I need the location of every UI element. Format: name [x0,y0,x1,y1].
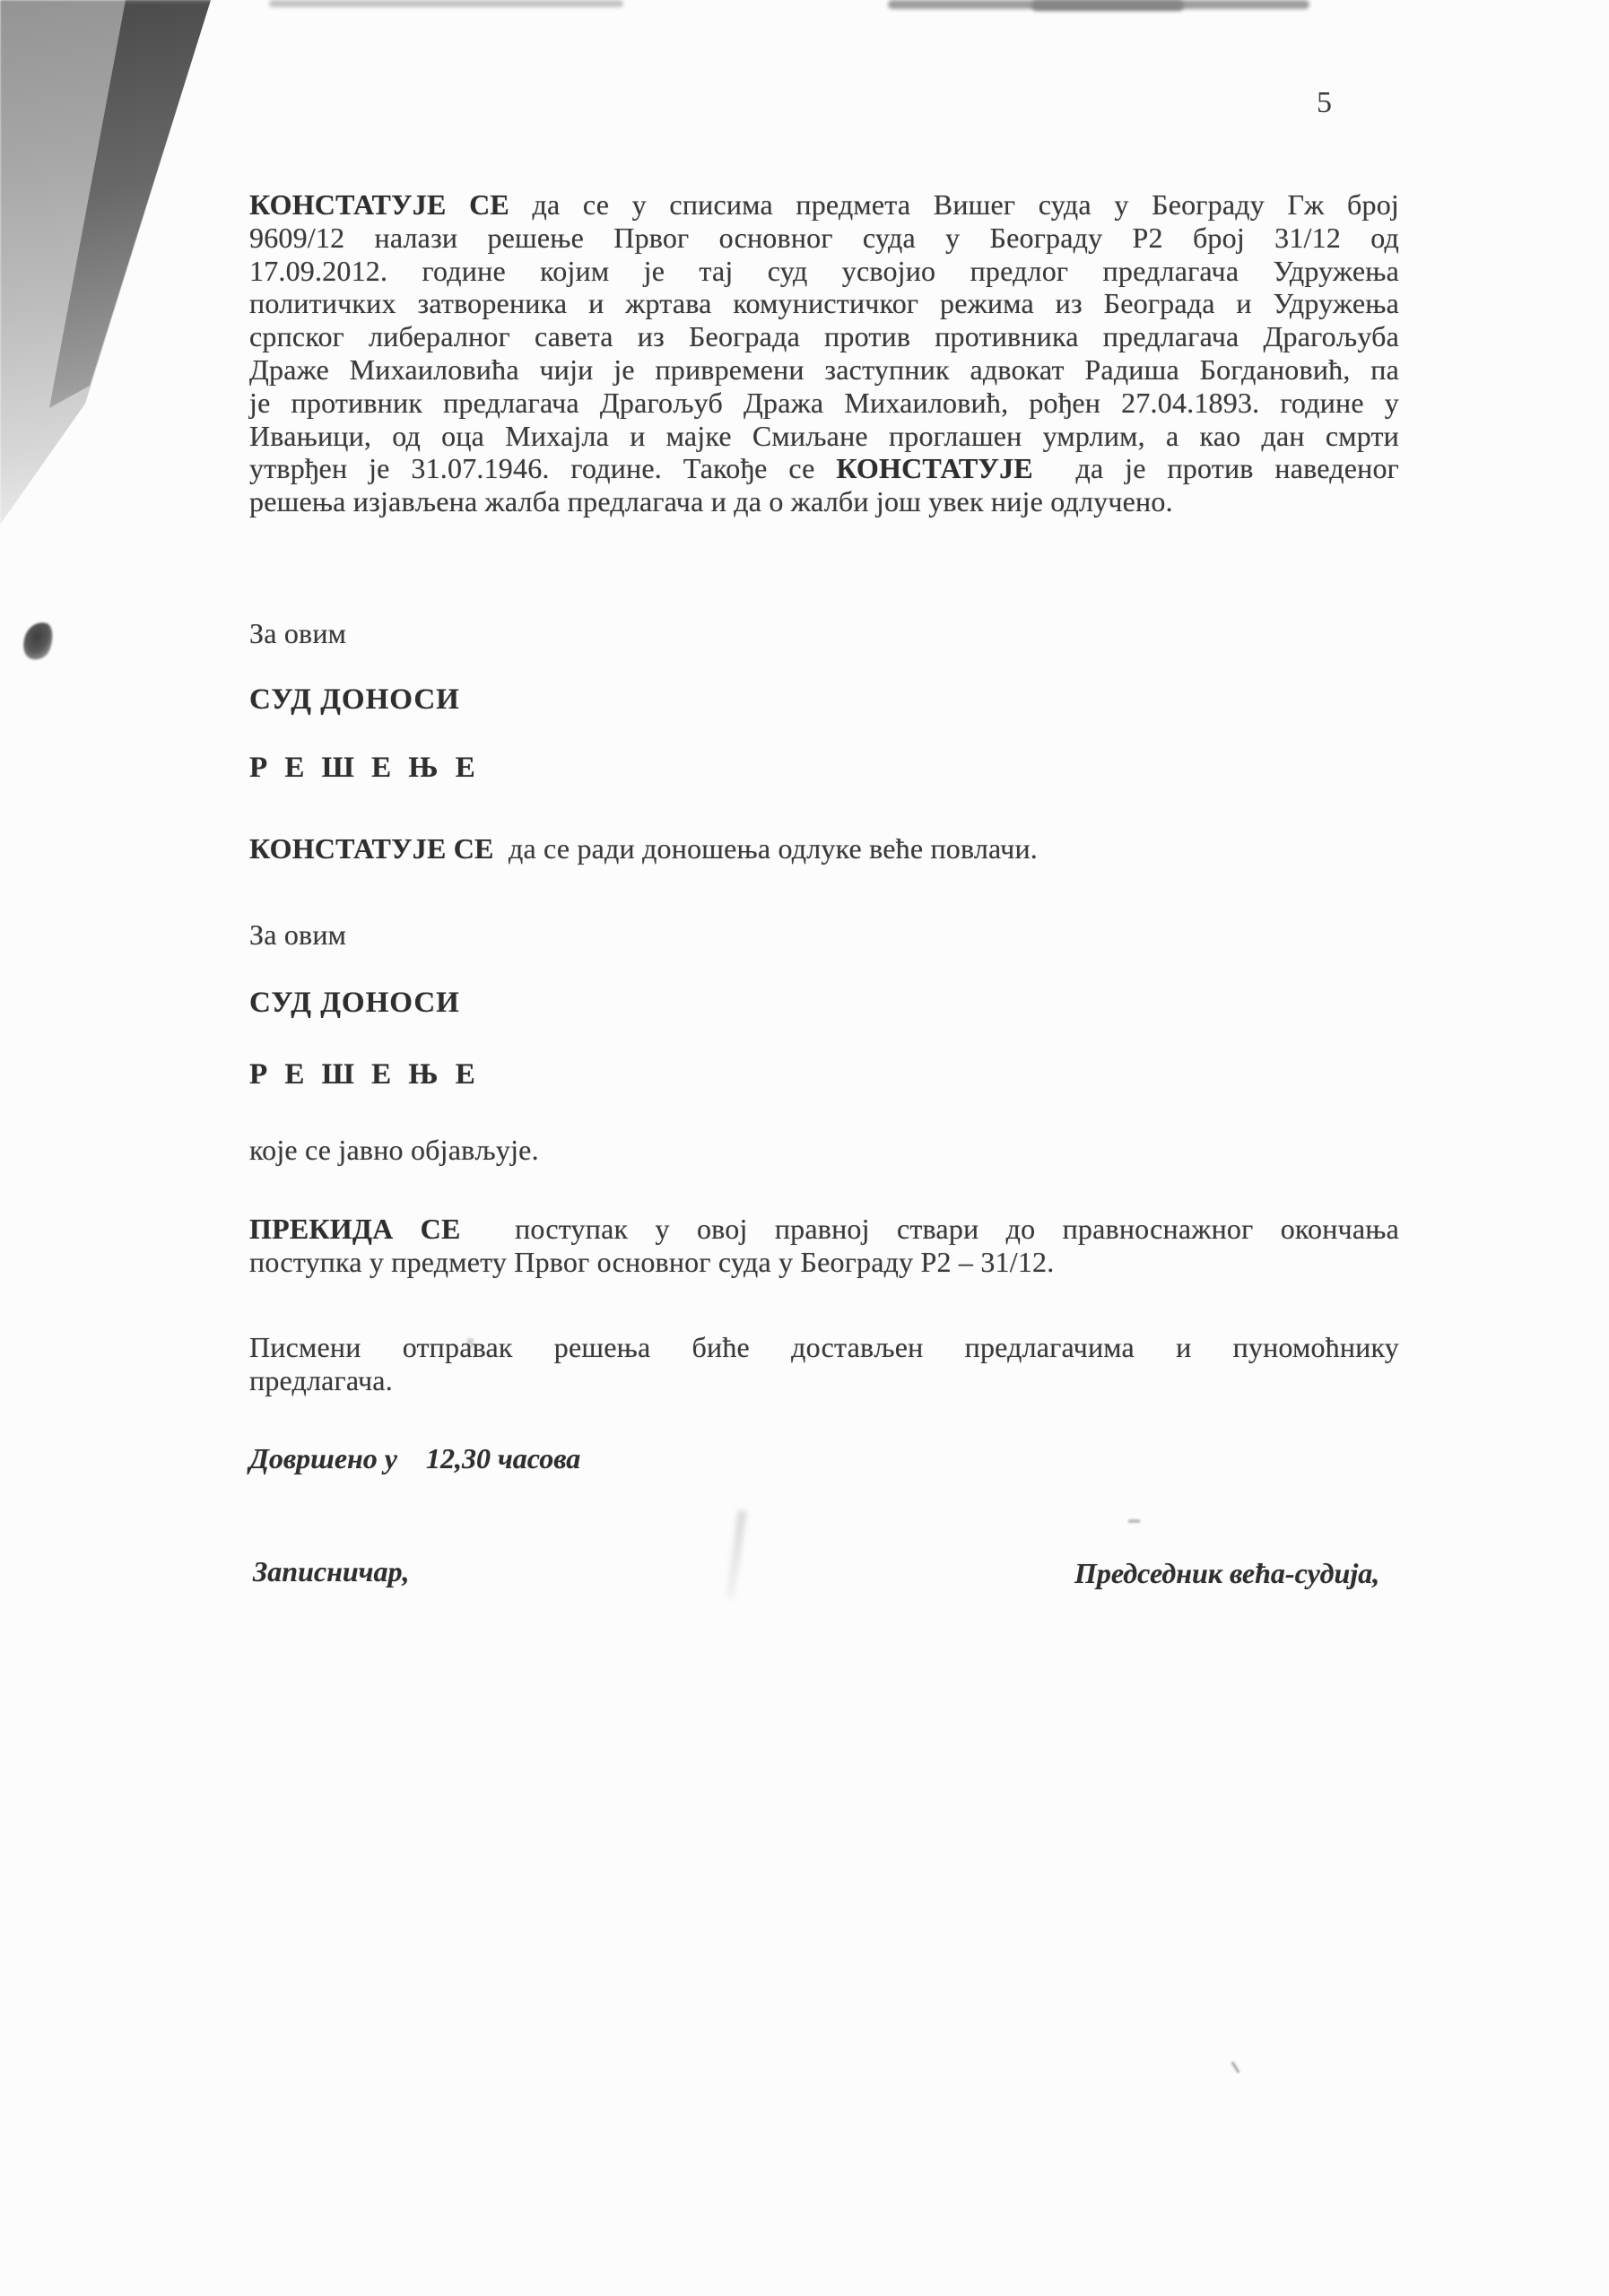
text-line: Ивањици, од оца Михајла и мајке Смиљане … [249,420,1399,453]
bold-run-konstatuje-se: КОНСТАТУЈЕ СЕ [249,188,509,221]
line-dovrseno: Довршено у 12,30 часова [249,1442,1399,1475]
heading-sud-donosi-1: СУД ДОНОСИ [249,683,1399,717]
text-line: је противник предлагача Драгољуб Дража М… [249,387,1399,420]
text-line: Писмени отправак решења биће достављен п… [249,1331,1399,1364]
text-line: 17.09.2012. године којим је тај суд усво… [249,255,1399,288]
text-line: 9609/12 налази решење Првог основног суд… [249,222,1399,255]
scan-speck-3 [1231,2061,1240,2073]
signature-zapisnicar: Записничар, [253,1555,409,1588]
scan-smudge-top-left [269,0,623,7]
scan-smudge-middle [726,1510,747,1598]
text-run: да се у списима предмета Вишег суда у Бе… [509,188,1399,221]
text-line: предлагача. [249,1364,1399,1397]
ink-blot-left-margin [19,618,57,663]
text-run: да је против наведеног [1033,452,1399,484]
paragraph-pismeni: Писмени отправак решења биће достављен п… [249,1331,1399,1397]
bold-run-konstatuje-se-2: КОНСТАТУЈЕ СЕ [249,832,494,865]
scanned-court-document-page: 5 КОНСТАТУЈЕ СЕ да се у списима предмета… [0,0,1609,2296]
text-line: српског либералног савета из Београда пр… [249,320,1399,353]
statement-javno: које се јавно објављује. [249,1134,1399,1167]
text-line: КОНСТАТУЈЕ СЕ да се у списима предмета В… [249,188,1399,222]
label-za-ovim-2: За овим [249,918,1399,952]
text-line: ПРЕКИДА СЕ поступак у овој правној ствар… [249,1213,1399,1246]
bold-run-prekida-se: ПРЕКИДА СЕ [249,1213,461,1245]
text-line: поступка у предмету Првог основног суда … [249,1246,1399,1279]
page-number: 5 [1317,86,1332,120]
signature-predsednik: Председник већа-судија, [1074,1557,1379,1590]
text-line: решења изјављена жалба предлагача и да о… [249,485,1399,518]
paragraph-prekida: ПРЕКИДА СЕ поступак у овој правној ствар… [249,1213,1399,1279]
heading-resenje-2: Р Е Ш Е Њ Е [249,1058,1399,1091]
text-line: утврђен је 31.07.1946. године. Такође се… [249,452,1399,485]
text-line: Драже Михаиловића чији је привремени зас… [249,353,1399,387]
statement-konstatuje-2: КОНСТАТУЈЕ СЕ да се ради доношења одлуке… [249,832,1399,865]
paragraph-findings: КОНСТАТУЈЕ СЕ да се у списима предмета В… [249,188,1399,518]
bold-run-konstatuje: КОНСТАТУЈЕ [836,452,1033,484]
text-run: да се ради доношења одлуке веће повлачи. [494,832,1038,865]
heading-sud-donosi-2: СУД ДОНОСИ [249,987,1399,1020]
scan-speck-2 [1128,1519,1140,1523]
label-za-ovim-1: За овим [249,617,1399,650]
text-run: утврђен је 31.07.1946. године. Такође се [249,452,836,484]
heading-resenje-1: Р Е Ш Е Њ Е [249,752,1399,785]
scan-smudge-top-right-dark [1031,0,1184,11]
text-run: поступак у овој правној ствари до правно… [461,1213,1399,1245]
text-line: политичких затвореника и жртава комунист… [249,287,1399,320]
